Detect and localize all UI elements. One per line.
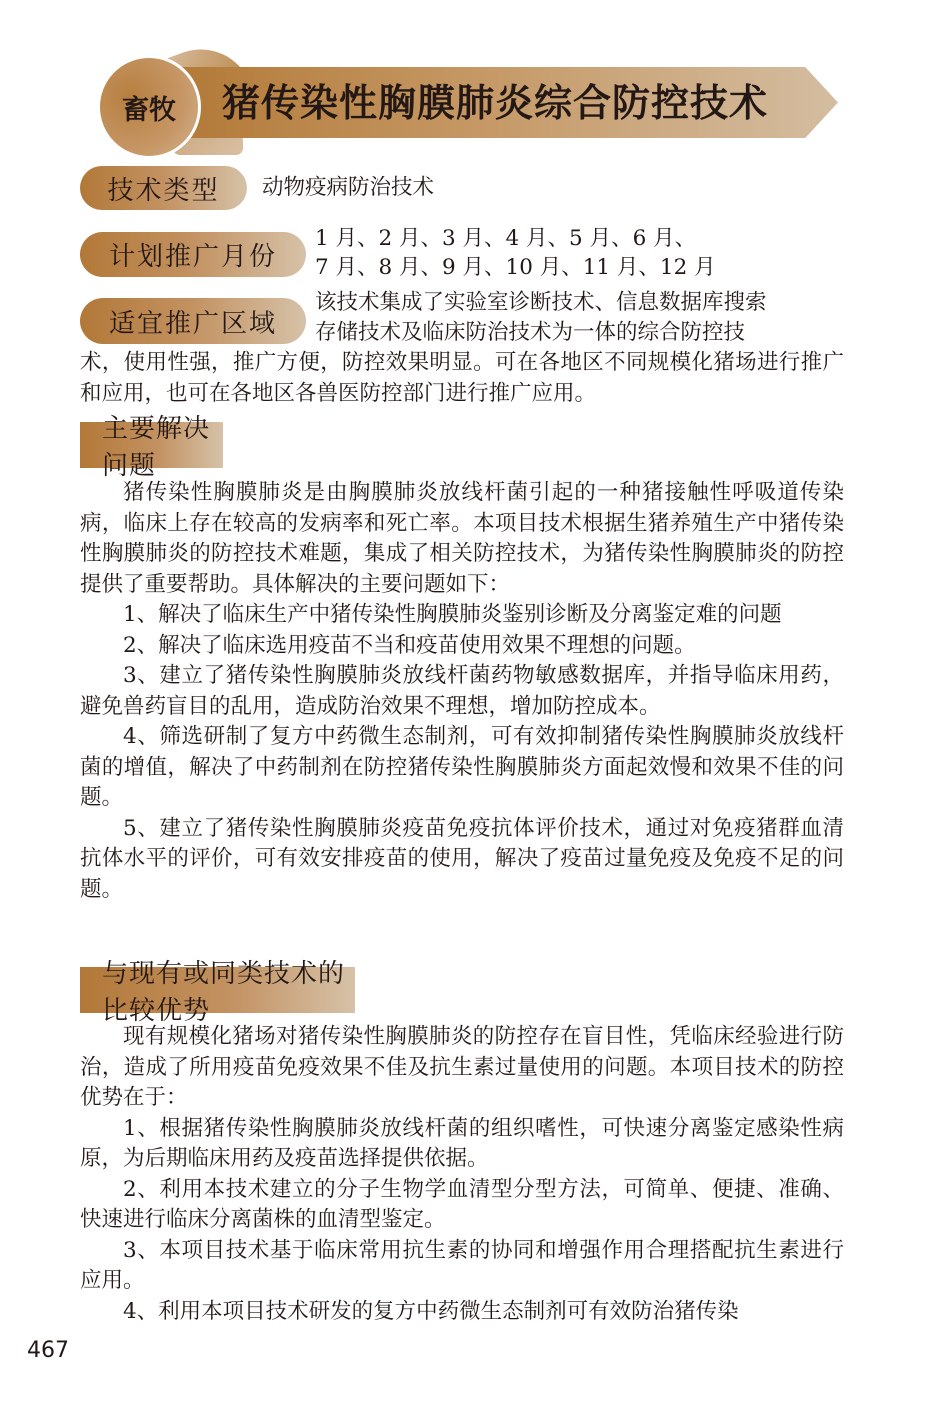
tech-type-value: 动物疫病防治技术	[262, 173, 434, 204]
section-heading-advantages: 与现有或同类技术的比较优势	[80, 967, 355, 1013]
advantage-item: 2、利用本技术建立的分子生物学血清型分型方法，可简单、便捷、准确、快速进行临床分…	[80, 1175, 844, 1236]
months-label: 计划推广月份	[80, 232, 306, 277]
advantages-intro: 现有规模化猪场对猪传染性胸膜肺炎的防控存在盲目性，凭临床经验进行防治，造成了所用…	[80, 1022, 844, 1114]
section-problems-body: 猪传染性胸膜肺炎是由胸膜肺炎放线杆菌引起的一种猪接触性呼吸道传染病，临床上存在较…	[80, 478, 844, 905]
problems-intro: 猪传染性胸膜肺炎是由胸膜肺炎放线杆菌引起的一种猪接触性呼吸道传染病，临床上存在较…	[80, 478, 844, 600]
months-line-1: 1 月、2 月、3 月、4 月、5 月、6 月、	[315, 224, 696, 255]
category-badge-label: 畜牧	[122, 88, 176, 127]
region-description: 术，使用性强，推广方便，防控效果明显。可在各地区不同规模化猪场进行推广和应用，也…	[80, 348, 844, 409]
region-line-1: 该技术集成了实验室诊断技术、信息数据库搜索	[315, 288, 767, 319]
page-title: 猪传染性胸膜肺炎综合防控技术	[222, 72, 768, 134]
region-label: 适宜推广区域	[80, 298, 306, 344]
months-line-2: 7 月、8 月、9 月、10 月、11 月、12 月	[315, 253, 716, 284]
section-heading-problems: 主要解决问题	[80, 422, 223, 468]
problem-item: 2、解决了临床选用疫苗不当和疫苗使用效果不理想的问题。	[80, 631, 844, 662]
page-number: 467	[27, 1338, 69, 1363]
section-advantages-body: 现有规模化猪场对猪传染性胸膜肺炎的防控存在盲目性，凭临床经验进行防治，造成了所用…	[80, 1022, 844, 1327]
advantage-item: 4、利用本项目技术研发的复方中药微生态制剂可有效防治猪传染	[80, 1297, 844, 1328]
category-badge: 畜牧	[97, 55, 201, 159]
tech-type-label: 技术类型	[80, 166, 247, 210]
advantage-item: 3、本项目技术基于临床常用抗生素的协同和增强作用合理搭配抗生素进行应用。	[80, 1236, 844, 1297]
problem-item: 5、建立了猪传染性胸膜肺炎疫苗免疫抗体评价技术，通过对免疫猪群血清抗体水平的评价…	[80, 814, 844, 906]
advantage-item: 1、根据猪传染性胸膜肺炎放线杆菌的组织嗜性，可快速分离鉴定感染性病原，为后期临床…	[80, 1114, 844, 1175]
problem-item: 1、解决了临床生产中猪传染性胸膜肺炎鉴别诊断及分离鉴定难的问题	[80, 600, 844, 631]
problem-item: 4、筛选研制了复方中药微生态制剂，可有效抑制猪传染性胸膜肺炎放线杆菌的增值，解决…	[80, 722, 844, 814]
problem-item: 3、建立了猪传染性胸膜肺炎放线杆菌药物敏感数据库，并指导临床用药，避免兽药盲目的…	[80, 661, 844, 722]
region-line-2: 存储技术及临床防治技术为一体的综合防控技	[315, 318, 745, 349]
region-rest: 术，使用性强，推广方便，防控效果明显。可在各地区不同规模化猪场进行推广和应用，也…	[80, 348, 844, 409]
